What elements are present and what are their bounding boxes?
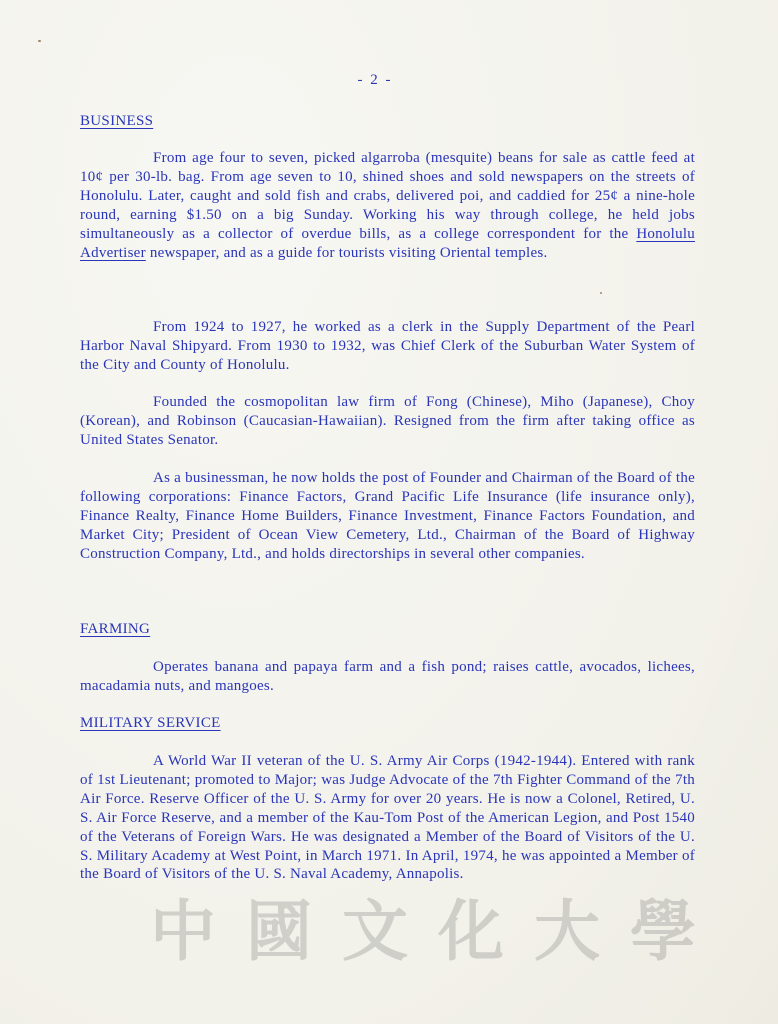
business-paragraph-1-text: From age four to seven, picked algarroba… [80,150,695,242]
business-paragraph-4-text: As a businessman, he now holds the post … [80,470,695,562]
university-watermark: 中國文化大學 [150,878,710,958]
document-page: - 2 - BUSINESS From age four to seven, p… [0,0,778,1024]
section-heading-business: BUSINESS [80,112,153,131]
page-number: - 2 - [355,72,395,89]
farming-paragraph-text: Operates banana and papaya farm and a fi… [80,659,695,694]
military-paragraph-text: A World War II veteran of the U. S. Army… [80,753,695,882]
business-paragraph-1-text-end: newspaper, and as a guide for tourists v… [146,245,548,261]
farming-paragraph: Operates banana and papaya farm and a fi… [80,658,695,696]
paper-speck [38,40,41,42]
military-paragraph: A World War II veteran of the U. S. Army… [80,752,695,884]
business-paragraph-4: As a businessman, he now holds the post … [80,469,695,564]
business-paragraph-3: Founded the cosmopolitan law firm of Fon… [80,393,695,450]
paper-speck [600,292,602,294]
business-paragraph-1: From age four to seven, picked algarroba… [80,149,695,262]
business-paragraph-2: From 1924 to 1927, he worked as a clerk … [80,318,695,375]
section-heading-military-service: MILITARY SERVICE [80,714,221,733]
business-paragraph-3-text: Founded the cosmopolitan law firm of Fon… [80,394,695,448]
section-heading-farming: FARMING [80,620,150,639]
business-paragraph-2-text: From 1924 to 1927, he worked as a clerk … [80,319,695,373]
